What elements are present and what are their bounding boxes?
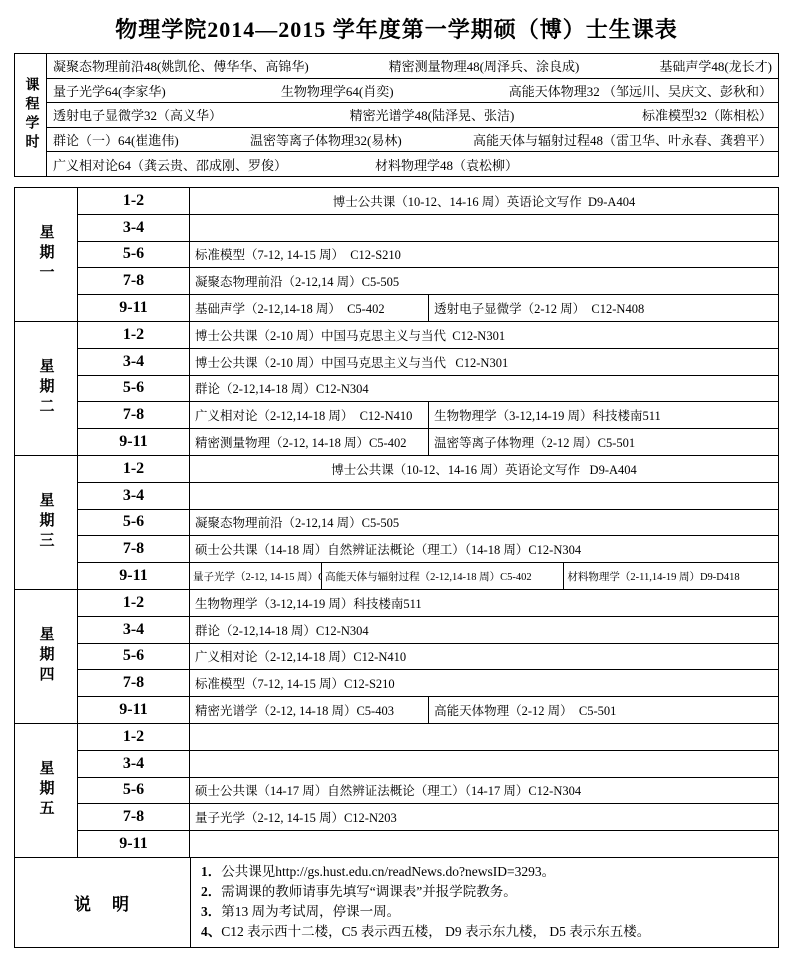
slot-label: 5-6 [78, 376, 190, 402]
course-cell: 群论（2-12,14-18 周）C12-N304 [190, 617, 778, 643]
course-hours-item: 精密测量物理48(周泽兵、涂良成) [389, 56, 580, 75]
day-block-1: 星期一1-2博士公共课（10-12、14-16 周）英语论文写作 D9-A404… [15, 188, 778, 321]
slot-row-5-6: 5-6标准模型（7-12, 14-15 周） C12-S210 [78, 241, 778, 268]
course-hours-rows: 凝聚态物理前沿48(姚凯伦、傅华华、高锦华)精密测量物理48(周泽兵、涂良成)基… [47, 54, 778, 176]
slot-label: 5-6 [78, 644, 190, 670]
slot-content: 群论（2-12,14-18 周）C12-N304 [190, 376, 778, 402]
slot-label: 9-11 [78, 831, 190, 857]
slot-row-7-8: 7-8广义相对论（2-12,14-18 周） C12-N410生物物理学（3-1… [78, 401, 778, 428]
slot-label: 3-4 [78, 349, 190, 375]
notes-table: 说 明 1．公共课见http://gs.hust.edu.cn/readNews… [14, 857, 779, 948]
slot-row-5-6: 5-6硕士公共课（14-17 周）自然辨证法概论（理工）（14-17 周）C12… [78, 777, 778, 804]
slot-content: 量子光学（2-12, 14-15 周）C12-N203高能天体与辐射过程（2-1… [190, 563, 778, 589]
slot-content: 凝聚态物理前沿（2-12,14 周）C5-505 [190, 268, 778, 294]
slot-row-1-2: 1-2 [78, 724, 778, 750]
slot-row-7-8: 7-8量子光学（2-12, 14-15 周）C12-N203 [78, 803, 778, 830]
course-cell: 硕士公共课（14-18 周）自然辨证法概论（理工）（14-18 周）C12-N3… [190, 536, 778, 562]
slot-row-7-8: 7-8标准模型（7-12, 14-15 周）C12-S210 [78, 669, 778, 696]
course-cell: 材料物理学（2-11,14-19 周）D9-D418 [563, 563, 778, 589]
day-block-3: 星期三1-2博士公共课（10-12、14-16 周）英语论文写作 D9-A404… [15, 455, 778, 589]
day-label: 星期四 [36, 626, 57, 686]
day-label-cell: 星期二 [15, 322, 78, 455]
course-cell: 博士公共课（2-10 周）中国马克思主义与当代 C12-N301 [190, 322, 778, 348]
course-cell: 凝聚态物理前沿（2-12,14 周）C5-505 [190, 510, 778, 536]
slot-content: 生物物理学（3-12,14-19 周）科技楼南511 [190, 590, 778, 616]
slot-content: 广义相对论（2-12,14-18 周）C12-N410 [190, 644, 778, 670]
course-cell: 标准模型（7-12, 14-15 周）C12-S210 [190, 670, 778, 696]
slot-row-3-4: 3-4 [78, 214, 778, 241]
slot-label: 1-2 [78, 590, 190, 616]
slot-content: 标准模型（7-12, 14-15 周） C12-S210 [190, 242, 778, 268]
slot-row-7-8: 7-8凝聚态物理前沿（2-12,14 周）C5-505 [78, 267, 778, 294]
course-hours-row-3: 透射电子显微学32（高义华）精密光谱学48(陆泽晃、张洁)标准模型32（陈相松） [47, 102, 778, 127]
timetable-page: 物理学院2014—2015 学年度第一学期硕（博）士生课表 课程学时 凝聚态物理… [0, 0, 793, 956]
course-cell: 高能天体物理（2-12 周） C5-501 [428, 697, 778, 723]
slot-content [190, 483, 778, 509]
slot-row-9-11: 9-11基础声学（2-12,14-18 周） C5-402透射电子显微学（2-1… [78, 294, 778, 321]
slot-label: 7-8 [78, 402, 190, 428]
slot-label: 9-11 [78, 697, 190, 723]
slot-row-9-11: 9-11精密测量物理（2-12, 14-18 周）C5-402温密等离子体物理（… [78, 428, 778, 455]
course-cell: 透射电子显微学（2-12 周） C12-N408 [428, 295, 778, 321]
day-label-cell: 星期三 [15, 456, 78, 589]
course-cell: 生物物理学（3-12,14-19 周）科技楼南511 [190, 590, 778, 616]
course-hours-item: 广义相对论64（龚云贵、邵成刚、罗俊） [53, 155, 287, 174]
course-hours-header-label: 课程学时 [21, 77, 41, 153]
course-hours-row-1: 凝聚态物理前沿48(姚凯伦、傅华华、高锦华)精密测量物理48(周泽兵、涂良成)基… [47, 54, 778, 78]
course-cell: 基础声学（2-12,14-18 周） C5-402 [190, 295, 428, 321]
empty-cell [190, 483, 778, 509]
slot-label: 9-11 [78, 429, 190, 455]
course-hours-row-2: 量子光学64(李家华)生物物理学64(肖奕)高能天体物理32 （邹远川、吴庆文、… [47, 78, 778, 103]
course-cell: 精密测量物理（2-12, 14-18 周）C5-402 [190, 429, 428, 455]
course-cell: 博士公共课（2-10 周）中国马克思主义与当代 C12-N301 [190, 349, 778, 375]
slot-label: 3-4 [78, 751, 190, 777]
day-label-cell: 星期五 [15, 724, 78, 857]
slot-label: 1-2 [78, 322, 190, 348]
day-label: 星期二 [36, 358, 57, 418]
course-hours-table: 课程学时 凝聚态物理前沿48(姚凯伦、傅华华、高锦华)精密测量物理48(周泽兵、… [14, 53, 779, 177]
slot-content: 量子光学（2-12, 14-15 周）C12-N203 [190, 804, 778, 830]
slot-content: 博士公共课（2-10 周）中国马克思主义与当代 C12-N301 [190, 322, 778, 348]
day-rows: 1-23-45-6硕士公共课（14-17 周）自然辨证法概论（理工）（14-17… [78, 724, 778, 857]
note-line-1: 1．公共课见http://gs.hust.edu.cn/readNews.do?… [201, 862, 770, 882]
course-cell: 高能天体与辐射过程（2-12,14-18 周）C5-402 [321, 563, 563, 589]
course-cell: 量子光学（2-12, 14-15 周）C12-N203 [190, 804, 778, 830]
course-cell: 广义相对论（2-12,14-18 周） C12-N410 [190, 402, 428, 428]
page-title: 物理学院2014—2015 学年度第一学期硕（博）士生课表 [0, 0, 793, 44]
slot-label: 7-8 [78, 536, 190, 562]
course-cell: 生物物理学（3-12,14-19 周）科技楼南511 [428, 402, 778, 428]
course-hours-item: 群论（一）64(崔進伟) [53, 130, 179, 149]
note-line-4: 4、C12 表示西十二楼，C5 表示西五楼， D9 表示东九楼， D5 表示东五… [201, 922, 770, 942]
course-cell: 群论（2-12,14-18 周）C12-N304 [190, 376, 778, 402]
course-hours-item: 生物物理学64(肖奕) [281, 81, 394, 100]
slot-label: 1-2 [78, 188, 190, 214]
course-hours-item: 材料物理学48（袁松柳） [375, 155, 518, 174]
slot-content [190, 831, 778, 857]
course-hours-item: 温密等离子体物理32(易林) [250, 130, 402, 149]
day-rows: 1-2博士公共课（10-12、14-16 周）英语论文写作 D9-A4043-4… [78, 456, 778, 589]
slot-label: 9-11 [78, 563, 190, 589]
notes-header-label: 说 明 [74, 890, 131, 915]
slot-content: 硕士公共课（14-18 周）自然辨证法概论（理工）（14-18 周）C12-N3… [190, 536, 778, 562]
course-hours-item: 精密光谱学48(陆泽晃、张洁) [350, 105, 515, 124]
slot-row-3-4: 3-4 [78, 750, 778, 777]
slot-content: 凝聚态物理前沿（2-12,14 周）C5-505 [190, 510, 778, 536]
slot-content: 硕士公共课（14-17 周）自然辨证法概论（理工）（14-17 周）C12-N3… [190, 778, 778, 804]
day-label: 星期三 [36, 492, 57, 552]
slot-content: 标准模型（7-12, 14-15 周）C12-S210 [190, 670, 778, 696]
empty-cell [190, 215, 778, 241]
slot-row-9-11: 9-11量子光学（2-12, 14-15 周）C12-N203高能天体与辐射过程… [78, 562, 778, 589]
day-rows: 1-2生物物理学（3-12,14-19 周）科技楼南5113-4群论（2-12,… [78, 590, 778, 723]
course-cell: 硕士公共课（14-17 周）自然辨证法概论（理工）（14-17 周）C12-N3… [190, 778, 778, 804]
schedule-table: 星期一1-2博士公共课（10-12、14-16 周）英语论文写作 D9-A404… [14, 187, 779, 858]
slot-label: 5-6 [78, 242, 190, 268]
slot-row-3-4: 3-4博士公共课（2-10 周）中国马克思主义与当代 C12-N301 [78, 348, 778, 375]
slot-label: 5-6 [78, 510, 190, 536]
course-hours-item: 基础声学48(龙长才) [659, 56, 772, 75]
course-hours-item: 高能天体物理32 （邹远川、吴庆文、彭秋和） [509, 81, 772, 100]
slot-row-9-11: 9-11精密光谱学（2-12, 14-18 周）C5-403高能天体物理（2-1… [78, 696, 778, 723]
slot-label: 1-2 [78, 456, 190, 482]
note-line-3: 3．第13 周为考试周，停课一周。 [201, 902, 770, 922]
course-cell: 博士公共课（10-12、14-16 周）英语论文写作 D9-A404 [190, 188, 778, 214]
slot-content: 博士公共课（2-10 周）中国马克思主义与当代 C12-N301 [190, 349, 778, 375]
slot-row-5-6: 5-6凝聚态物理前沿（2-12,14 周）C5-505 [78, 509, 778, 536]
course-hours-row-4: 群论（一）64(崔進伟)温密等离子体物理32(易林)高能天体与辐射过程48（雷卫… [47, 127, 778, 152]
course-cell: 量子光学（2-12, 14-15 周）C12-N203 [190, 563, 321, 589]
note-line-2: 2．需调课的教师请事先填写“调课表”并报学院教务。 [201, 882, 770, 902]
slot-row-3-4: 3-4 [78, 482, 778, 509]
slot-row-1-2: 1-2博士公共课（2-10 周）中国马克思主义与当代 C12-N301 [78, 322, 778, 348]
notes-lines: 1．公共课见http://gs.hust.edu.cn/readNews.do?… [191, 858, 778, 947]
slot-content: 基础声学（2-12,14-18 周） C5-402透射电子显微学（2-12 周）… [190, 295, 778, 321]
course-hours-item: 透射电子显微学32（高义华） [53, 105, 222, 124]
slot-content [190, 215, 778, 241]
day-block-4: 星期四1-2生物物理学（3-12,14-19 周）科技楼南5113-4群论（2-… [15, 589, 778, 723]
slot-row-7-8: 7-8硕士公共课（14-18 周）自然辨证法概论（理工）（14-18 周）C12… [78, 535, 778, 562]
slot-content: 精密光谱学（2-12, 14-18 周）C5-403高能天体物理（2-12 周）… [190, 697, 778, 723]
course-cell: 温密等离子体物理（2-12 周）C5-501 [428, 429, 778, 455]
slot-label: 7-8 [78, 268, 190, 294]
slot-label: 3-4 [78, 617, 190, 643]
day-label-cell: 星期四 [15, 590, 78, 723]
slot-row-5-6: 5-6群论（2-12,14-18 周）C12-N304 [78, 375, 778, 402]
course-hours-item: 量子光学64(李家华) [53, 81, 166, 100]
slot-label: 1-2 [78, 724, 190, 750]
slot-content: 广义相对论（2-12,14-18 周） C12-N410生物物理学（3-12,1… [190, 402, 778, 428]
day-block-2: 星期二1-2博士公共课（2-10 周）中国马克思主义与当代 C12-N3013-… [15, 321, 778, 455]
slot-content [190, 724, 778, 750]
slot-content: 群论（2-12,14-18 周）C12-N304 [190, 617, 778, 643]
course-hours-item: 高能天体与辐射过程48（雷卫华、叶永春、龚碧平） [473, 130, 772, 149]
empty-cell [190, 831, 778, 857]
empty-cell [190, 751, 778, 777]
slot-row-5-6: 5-6广义相对论（2-12,14-18 周）C12-N410 [78, 643, 778, 670]
course-hours-row-5: 广义相对论64（龚云贵、邵成刚、罗俊）材料物理学48（袁松柳） [47, 151, 778, 176]
slot-row-9-11: 9-11 [78, 830, 778, 857]
slot-label: 7-8 [78, 804, 190, 830]
course-cell: 博士公共课（10-12、14-16 周）英语论文写作 D9-A404 [190, 456, 778, 482]
course-hours-header: 课程学时 [15, 54, 47, 176]
day-label-cell: 星期一 [15, 188, 78, 321]
slot-label: 9-11 [78, 295, 190, 321]
day-rows: 1-2博士公共课（10-12、14-16 周）英语论文写作 D9-A4043-4… [78, 188, 778, 321]
slot-content: 精密测量物理（2-12, 14-18 周）C5-402温密等离子体物理（2-12… [190, 429, 778, 455]
slot-content: 博士公共课（10-12、14-16 周）英语论文写作 D9-A404 [190, 456, 778, 482]
slot-label: 3-4 [78, 483, 190, 509]
slot-label: 3-4 [78, 215, 190, 241]
course-hours-item: 凝聚态物理前沿48(姚凯伦、傅华华、高锦华) [53, 56, 309, 75]
course-cell: 凝聚态物理前沿（2-12,14 周）C5-505 [190, 268, 778, 294]
slot-row-1-2: 1-2博士公共课（10-12、14-16 周）英语论文写作 D9-A404 [78, 188, 778, 214]
slot-row-1-2: 1-2生物物理学（3-12,14-19 周）科技楼南511 [78, 590, 778, 616]
course-cell: 精密光谱学（2-12, 14-18 周）C5-403 [190, 697, 428, 723]
empty-cell [190, 724, 778, 750]
course-cell: 标准模型（7-12, 14-15 周） C12-S210 [190, 242, 778, 268]
slot-content [190, 751, 778, 777]
day-rows: 1-2博士公共课（2-10 周）中国马克思主义与当代 C12-N3013-4博士… [78, 322, 778, 455]
slot-row-3-4: 3-4群论（2-12,14-18 周）C12-N304 [78, 616, 778, 643]
slot-label: 5-6 [78, 778, 190, 804]
notes-header: 说 明 [15, 858, 191, 947]
course-hours-item: 标准模型32（陈相松） [642, 105, 772, 124]
course-cell: 广义相对论（2-12,14-18 周）C12-N410 [190, 644, 778, 670]
slot-content: 博士公共课（10-12、14-16 周）英语论文写作 D9-A404 [190, 188, 778, 214]
slot-label: 7-8 [78, 670, 190, 696]
day-block-5: 星期五1-23-45-6硕士公共课（14-17 周）自然辨证法概论（理工）（14… [15, 723, 778, 857]
day-label: 星期五 [36, 760, 57, 820]
slot-row-1-2: 1-2博士公共课（10-12、14-16 周）英语论文写作 D9-A404 [78, 456, 778, 482]
day-label: 星期一 [36, 224, 57, 284]
